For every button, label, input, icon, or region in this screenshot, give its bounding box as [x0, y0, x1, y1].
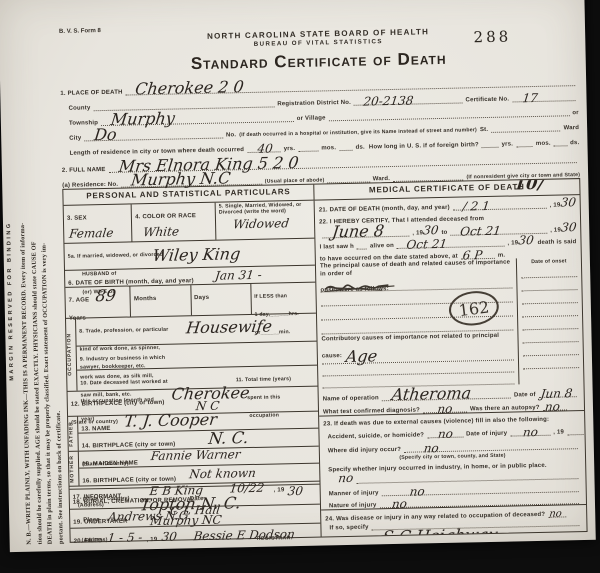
mos-line — [298, 142, 318, 152]
age-months-cell: Months — [130, 285, 191, 316]
age-days-label: Days — [194, 295, 209, 301]
injury-year-blank — [567, 425, 583, 435]
color-race-value: White — [143, 225, 180, 238]
onset-line-3 — [522, 290, 578, 304]
age-if-less-cell: If LESS than 1 day,______hrs. or______mi… — [250, 283, 316, 314]
filed-19-label: , 19 — [146, 537, 157, 543]
particulars-columns: PERSONAL AND STATISTICAL PARTICULARS 3. … — [62, 178, 587, 543]
age-months-label: Months — [134, 296, 157, 302]
residence-label: (a) Residence: No. — [62, 182, 118, 189]
occupation-strip-label: OCCUPATION — [66, 319, 77, 391]
place-of-death-section: 1. PLACE OF DEATH Cherokee 2 0 County Re… — [60, 70, 580, 189]
ward2-line — [327, 172, 369, 183]
sex-cell: 3. SEX Female — [64, 204, 132, 242]
to-year-value: 30 — [560, 221, 577, 233]
ds-line — [339, 141, 353, 151]
onset-line-5 — [522, 316, 578, 330]
onset-line-2 — [521, 277, 577, 291]
onset-line-4 — [522, 303, 578, 317]
us-ds-line — [554, 136, 568, 146]
cause-main-column: The principal cause of death and related… — [316, 258, 519, 388]
mother-group: MOTHER 15. MAIDEN NAME Fannie Warner 16.… — [69, 446, 320, 486]
father-strip-label: FATHER — [68, 417, 78, 451]
date-of-birth-value: Jan 31 - — [214, 269, 262, 282]
trade-label-1: 8. Trade, profession, or particular — [79, 327, 168, 335]
mother-birthplace-value: Not known — [189, 467, 257, 480]
nonres-line — [393, 170, 464, 181]
maiden-name-value: Fannie Warner — [150, 448, 241, 462]
cause-lines-area: 162 — [320, 274, 517, 334]
color-race-cell: 4. COLOR OR RACE White — [131, 203, 215, 242]
us-mos-line — [516, 137, 533, 147]
date-of-onset-column: Date of onset — [516, 257, 584, 384]
undertaker-label: 19. UNDERTAKER — [73, 519, 127, 526]
serial-number-stamp: 288 — [473, 27, 511, 46]
filed-value: 1 - 5 - — [106, 531, 142, 544]
sex-value: Female — [69, 227, 115, 240]
registrar-label: REGISTRAR. — [257, 535, 293, 542]
age-label: 7. AGE — [69, 297, 90, 303]
certificate-scan-page: MARGIN RESERVED FOR BINDING N. B.—WRITE … — [0, 0, 596, 552]
occupation-group: OCCUPATION 8. Trade, profession, or part… — [66, 313, 317, 391]
age-days-cell: Days — [190, 284, 251, 315]
birthplace-label: 12. BIRTHPLACE (city or town) — [71, 400, 165, 408]
father-strip: FATHER — [68, 417, 79, 451]
burial-19-label: , 19 — [274, 487, 285, 493]
husband-wife-value: Wiley King — [152, 246, 242, 264]
marital-cell: 5. Single, Married, Widowed, or Divorced… — [215, 201, 315, 240]
trade-value: Housewife — [185, 319, 273, 337]
md-label: M. D. — [567, 533, 582, 536]
marital-label: 5. Single, Married, Widowed, or Divorced… — [219, 202, 311, 216]
occurred-m-label: m. — [498, 253, 506, 259]
father-name-value: T. J. Cooper — [123, 412, 218, 430]
autopsy-line: no — [543, 400, 567, 411]
medical-header-text: MEDICAL CERTIFICATE OF DEATH — [369, 182, 525, 194]
certificate-form: B. V. S. Form 8 NORTH CAROLINA STATE BOA… — [58, 0, 587, 547]
onset-line-6 — [522, 329, 578, 343]
us-yrs-line — [482, 138, 499, 148]
occurred-value: 6 P — [462, 249, 483, 261]
medical-certificate-column: MEDICAL CERTIFICATE OF DEATH 10/ 21. DAT… — [313, 179, 586, 536]
mother-strip: MOTHER — [69, 452, 80, 486]
father-birthplace-value: N. C. — [208, 430, 250, 447]
occurred-line: 6 P — [461, 249, 495, 260]
age-row: 7. AGE 89 Years Months Days If LESS than… — [65, 282, 316, 318]
burial-date-label: Date — [190, 496, 204, 502]
mother-rows: 15. MAIDEN NAME Fannie Warner 16. BIRTHP… — [79, 447, 320, 486]
color-race-label: 4. COLOR OR RACE — [135, 213, 196, 220]
if-less-label-1: If LESS than — [254, 293, 287, 300]
contributory-label-1: Contributory causes of importance not re… — [321, 332, 517, 344]
margin-instruction-note: N. B.—WRITE PLAINLY, WITH UNFADING INK—T… — [14, 16, 67, 545]
form-header: B. V. S. Form 8 NORTH CAROLINA STATE BOA… — [58, 0, 577, 81]
dod-year-value: 30 — [560, 196, 577, 208]
filed-label: 20. FILED — [74, 538, 103, 545]
burial-year-value: 30 — [287, 485, 304, 497]
last-saw-blank — [357, 240, 367, 250]
industry-label-1: 9. Industry or business in which — [80, 355, 165, 363]
margin-binding-text: MARGIN RESERVED FOR BINDING — [4, 136, 17, 466]
occupation-rows: 8. Trade, profession, or particular kind… — [76, 314, 317, 391]
onset-line-7 — [523, 342, 579, 356]
father-rows: 13. NAME T. J. Cooper 14. BIRTHPLACE (ci… — [78, 412, 319, 451]
father-group: FATHER 13. NAME T. J. Cooper 14. BIRTHPL… — [68, 411, 319, 451]
date-of-death-month-handwriting: 10/ — [514, 179, 546, 192]
sex-color-marital-row: 3. SEX Female 4. COLOR OR RACE White 5. … — [64, 201, 315, 243]
burial-date-value: 10/22 — [229, 482, 265, 495]
sex-label: 3. SEX — [67, 215, 87, 221]
cause-of-death-block: The principal cause of death and related… — [316, 257, 584, 389]
personal-particulars-column: PERSONAL AND STATISTICAL PARTICULARS 3. … — [63, 185, 320, 542]
signed-line: S C Heighway — [359, 529, 564, 536]
onset-line-1 — [521, 264, 577, 278]
ward2-label: Ward. — [373, 176, 391, 182]
from-year-value: 30 — [422, 224, 439, 236]
mother-strip-label: MOTHER — [69, 452, 79, 486]
specify-value: no — [338, 472, 354, 484]
last-worked-label-1: 10. Date deceased last worked at — [80, 379, 168, 387]
filed-year-value: 30 — [161, 531, 178, 543]
age-cell: 7. AGE 89 Years — [65, 287, 130, 318]
age-value: 89 — [95, 288, 117, 304]
onset-line-8 — [523, 355, 579, 369]
abode-note: (Usual place of abode) — [265, 177, 325, 184]
physician-signature: S C Heighway — [382, 527, 499, 537]
marital-value: Widowed — [232, 217, 289, 230]
husband-wife-label: 5a. If married, widowed, or divorced — [68, 252, 164, 260]
saw-year-value: 30 — [518, 234, 535, 246]
